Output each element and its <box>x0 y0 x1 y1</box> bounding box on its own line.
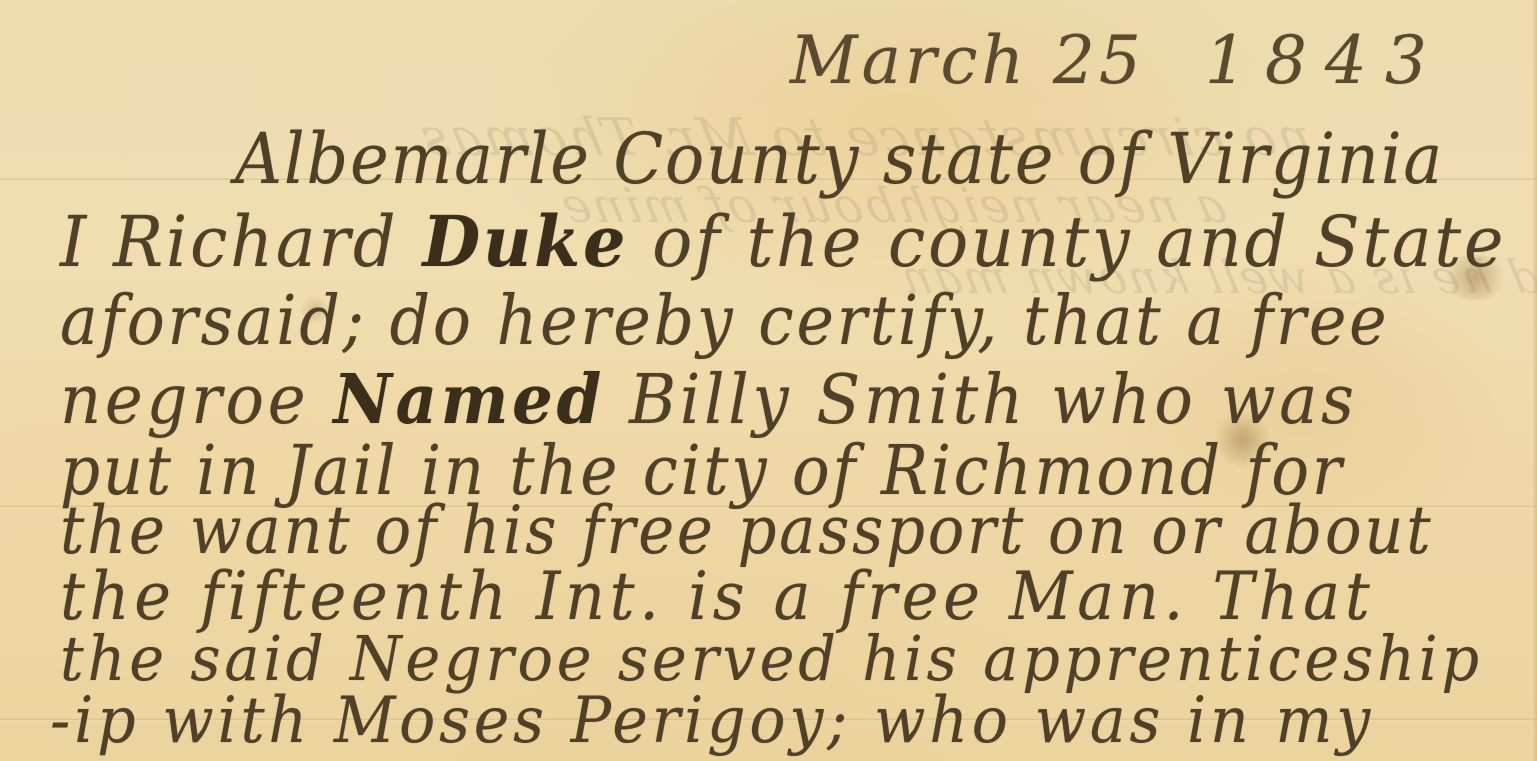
line-text: negroe <box>60 361 333 440</box>
paper-edge <box>1531 0 1537 761</box>
body-line: negroe Named Billy Smith who was <box>60 360 1358 440</box>
date-month-day: March 25 <box>790 22 1145 99</box>
document-date: March 251843 <box>790 22 1445 99</box>
line-text: Billy Smith who was <box>605 361 1358 440</box>
body-line: aforsaid; do hereby certify, that a free <box>60 282 1389 361</box>
emphasized-word: Duke <box>422 200 628 283</box>
manuscript-page: no circumstance to Mr. Thomas a near nei… <box>0 0 1537 761</box>
line-text: I Richard <box>60 201 422 283</box>
body-line: -ip with Moses Perigoy; who was in my <box>50 684 1374 758</box>
line-text: -ip with Moses Perigoy; who was in my <box>50 684 1374 758</box>
document-heading: Albemarle County state of Virginia <box>235 118 1444 200</box>
body-line: I Richard Duke of the county and State <box>60 200 1506 283</box>
emphasized-word: Named <box>333 360 605 440</box>
line-text: aforsaid; do hereby certify, that a free <box>60 282 1389 361</box>
line-text: of the county and State <box>628 201 1506 283</box>
date-year: 1843 <box>1205 22 1445 99</box>
